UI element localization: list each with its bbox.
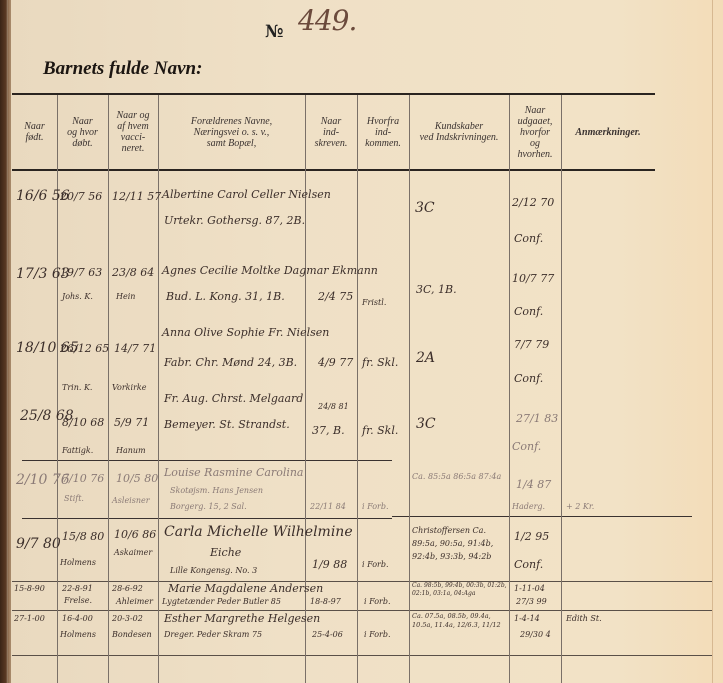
cell-parents-line1: Louise Rasmine Carolina (164, 466, 304, 479)
cell-from-where: fr. Skl. (362, 356, 398, 369)
cell-parents-line2: Urtekr. Gothersg. 87, 2B. (164, 214, 305, 227)
cell-vaccinated-by: Askaimer (114, 548, 152, 557)
header-parents: Forældrenes Navne, Næringsvei o. s. v., … (158, 96, 305, 168)
cell-left-where: 29/30 4 (520, 630, 551, 639)
cell-vaccinated: 28-6-92 (112, 584, 143, 593)
cell-vaccinated: 14/7 71 (114, 342, 156, 355)
header-vaccinated: Naar og af hvem vacci- neret. (108, 96, 158, 168)
cell-vaccinated: 10/5 80 (116, 472, 158, 485)
row-divider (12, 581, 712, 582)
cell-baptized: 19/7 63 (60, 266, 102, 279)
cell-baptized: 7/10 76 (62, 472, 104, 485)
cell-parents-line1: Fr. Aug. Chrst. Melgaard (164, 392, 303, 405)
cell-vaccinated-by: Asleisner (112, 496, 150, 505)
cell-left-where: Conf. (514, 372, 543, 385)
cell-left: 10/7 77 (512, 272, 554, 285)
row-divider (12, 610, 712, 611)
cell-parents-line3: Lille Kongensg. No. 3 (170, 566, 257, 575)
cell-left: 7/7 79 (514, 338, 549, 351)
column-line (158, 95, 159, 683)
cell-vaccinated: 5/9 71 (114, 416, 149, 429)
cell-parents-line2: Skotøjsm. Hans Jensen (170, 486, 263, 495)
cell-left-where: Haderg. (512, 502, 545, 511)
cell-baptized-place: Johs. K. (62, 292, 93, 301)
cell-knowledge: 2A (416, 350, 435, 366)
cell-baptized: 15/8 80 (62, 530, 104, 543)
cell-vaccinated-by: Vorkirke (112, 383, 147, 392)
cell-baptized-place: Stift. (64, 494, 84, 503)
cell-vaccinated-by: Bondesen (112, 630, 152, 639)
header-from-where: Hvorfra ind- kommen. (357, 96, 409, 168)
cell-vaccinated: 12/11 57 (112, 190, 161, 203)
header-left: Naar udgaaet, hvorfor og hvorhen. (509, 96, 561, 168)
cell-parents-line3: Borgerg. 15, 2 Sal. (170, 502, 247, 511)
cell-vaccinated-by: Hanum (116, 446, 146, 455)
cell-vaccinated-by: Ahleimer (116, 597, 153, 606)
cell-left-where: 27/3 99 (516, 597, 547, 606)
row-divider (22, 460, 392, 461)
header-knowledge: Kundskaber ved Indskrivningen. (409, 96, 509, 168)
cell-parents-line1: Carla Michelle Wilhelmine (164, 524, 353, 540)
cell-knowledge: Ca. 85:5a 86:5a 87:4a (412, 470, 507, 484)
header-enrolled: Naar ind- skreven. (305, 96, 357, 168)
cell-knowledge: 3C, 1B. (416, 283, 457, 296)
cell-parents-line1: Esther Margrethe Helgesen (164, 612, 320, 625)
cell-enrolled: 2/4 75 (318, 290, 353, 303)
cell-left-where: Conf. (514, 232, 543, 245)
cell-from-where: Fristl. (362, 298, 386, 307)
cell-enrolled: 25-4-06 (312, 630, 343, 639)
page-edge (8, 0, 11, 683)
header-remarks: Anmærkninger. (561, 96, 655, 168)
cell-vaccinated: 20-3-02 (112, 614, 143, 623)
cell-vaccinated: 23/8 64 (112, 266, 154, 279)
cell-from-where: fr. Skl. (362, 424, 398, 437)
cell-from-where: i Forb. (362, 560, 389, 569)
row-divider (22, 518, 392, 519)
column-line (409, 95, 410, 683)
row-divider (12, 655, 712, 656)
cell-parents-line1: Anna Olive Sophie Fr. Nielsen (162, 326, 329, 339)
cell-left-where: Conf. (514, 305, 543, 318)
cell-baptized-place: Frelse. (64, 596, 92, 605)
cell-enrolled: 22/11 84 (310, 502, 346, 511)
row-divider (392, 516, 692, 517)
cell-left-where: Conf. (512, 440, 541, 453)
cell-remarks: + 2 Kr. (566, 502, 594, 511)
cell-parents-line1: Marie Magdalene Andersen (168, 582, 323, 595)
cell-baptized-place: Holmens (60, 630, 96, 639)
page-title: Barnets fulde Navn: (43, 58, 202, 80)
cell-baptized: 26/12 65 (60, 342, 109, 355)
cell-left-where: Conf. (514, 558, 543, 571)
cell-parents-line2: Bud. L. Kong. 31, 1B. (166, 290, 285, 303)
column-line (561, 95, 562, 683)
cell-knowledge: 3C (415, 200, 435, 216)
column-line (57, 95, 58, 683)
cell-remarks: Edith St. (566, 614, 602, 623)
cell-born: 9/7 80 (16, 536, 61, 552)
cell-baptized: 16-4-00 (62, 614, 93, 623)
cell-left: 1-11-04 (514, 584, 545, 593)
cell-baptized: 22-8-91 (62, 584, 93, 593)
cell-knowledge: Ca. 98:5b, 99:4b, 00:3b, 01:2b, 02:1b, 0… (412, 582, 508, 598)
cell-parents-line2: Fabr. Chr. Mønd 24, 3B. (164, 356, 297, 369)
cell-left: 2/12 70 (512, 196, 554, 209)
cell-knowledge: 3C (416, 416, 436, 432)
cell-left: 1-4-14 (514, 614, 540, 623)
cell-vaccinated-by: Hein (116, 292, 135, 301)
cell-knowledge: Ca. 07.5a, 08.5b, 09.4a, 10.5a, 11.4a, 1… (412, 612, 508, 630)
cell-baptized-place: Fattigk. (62, 446, 93, 455)
number-value: 449. (298, 4, 356, 37)
cell-left: 27/1 83 (516, 412, 558, 425)
cell-left: 1/2 95 (514, 530, 549, 543)
cell-baptized-place: Trin. K. (62, 383, 92, 392)
cell-knowledge: Christoffersen Ca. 89:5a, 90:5a, 91:4b, … (412, 524, 507, 563)
cell-enrolled-extra: 37, B. (312, 424, 345, 437)
cell-vaccinated: 10/6 86 (114, 528, 156, 541)
header-born: Naar født. (12, 96, 57, 168)
cell-parents-line1: Agnes Cecilie Moltke Dagmar Ekmann (162, 264, 378, 277)
cell-from-where: i Forb. (364, 630, 391, 639)
cell-from-where: i Forb. (362, 502, 389, 511)
page-right-edge (712, 0, 713, 683)
cell-born: 27-1-00 (14, 614, 45, 623)
cell-baptized: 8/10 68 (62, 416, 104, 429)
cell-parents-line2: Lygtetænder Peder Butler 85 (162, 597, 281, 606)
cell-enrolled: 4/9 77 (318, 356, 353, 369)
cell-from-where: i Forb. (364, 597, 391, 606)
cell-born: 15-8-90 (14, 584, 45, 593)
cell-parents-line2: Bemeyer. St. Strandst. (164, 418, 290, 431)
cell-left: 1/4 87 (516, 478, 551, 491)
cell-enrolled: 1/9 88 (312, 558, 347, 571)
cell-parents-line2: Dreger. Peder Skram 75 (164, 630, 262, 639)
header-baptized: Naar og hvor døbt. (57, 96, 108, 168)
cell-baptized-place: Holmens (60, 558, 96, 567)
column-line (108, 95, 109, 683)
number-label: № (265, 22, 283, 42)
column-line (509, 95, 510, 683)
cell-parents-line2: Eiche (210, 546, 241, 559)
cell-enrolled: 24/8 81 (318, 402, 349, 411)
cell-parents-line1: Albertine Carol Celler Nielsen (162, 188, 331, 201)
cell-baptized: 20/7 56 (60, 190, 102, 203)
column-line (357, 95, 358, 683)
cell-enrolled: 18-8-97 (310, 597, 341, 606)
